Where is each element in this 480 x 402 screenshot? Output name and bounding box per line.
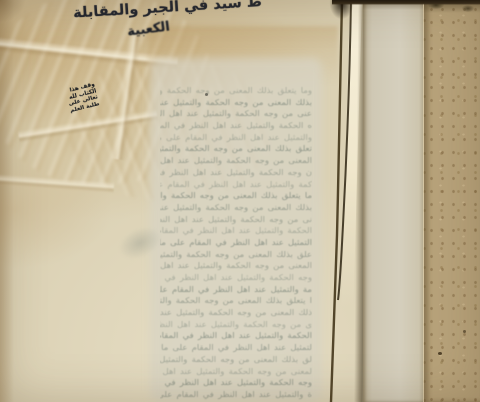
showthrough-line: تعلق بذلك المعنى من وجه الحكمة والتمثيل … [160, 145, 312, 156]
showthrough-column: وما يتعلق بذلك المعنى من وجه الحكمة والت… [160, 86, 312, 402]
showthrough-line: المعنى من وجه الحكمة والتمثيل عند اهل ال… [160, 157, 312, 168]
background-strip [332, 0, 480, 5]
showthrough-line: ذلك المعنى من وجه الحكمة والتمثيل عند اه… [160, 308, 312, 319]
showthrough-line: الحكمة والتمثيل عند اهل النظر في المقام … [160, 332, 312, 343]
showthrough-line: مة والتمثيل عند اهل النظر في المقام على … [160, 285, 312, 296]
showthrough-line: كمة والتمثيل عند اهل النظر في المقام على… [160, 180, 312, 191]
fore-edge [423, 0, 480, 402]
showthrough-line: التمثيل عند اهل النظر في المقام على ما ذ… [160, 238, 312, 249]
showthrough-line: والتمثيل عند اهل النظر في المقام على ما … [160, 133, 312, 144]
showthrough-line: ة والتمثيل عند اهل النظر في المقام على م… [160, 390, 312, 401]
showthrough-line: الحكمة والتمثيل عند اهل النظر في المقام … [160, 227, 312, 238]
showthrough-line: وجه الحكمة والتمثيل عند اهل النظر في الم… [160, 379, 312, 390]
ink-speck [463, 330, 466, 333]
dark-blot [462, 5, 474, 12]
showthrough-line: لق بذلك المعنى من وجه الحكمة والتمثيل عن… [160, 355, 312, 366]
corner-shadow [0, 0, 34, 30]
ink-speck [205, 93, 208, 96]
showthrough-line: عنى من وجه الحكمة والتمثيل عند اهل النظر… [160, 110, 312, 121]
showthrough-line: ما يتعلق بذلك المعنى من وجه الحكمة والتم… [160, 192, 312, 203]
ink-speck [438, 352, 442, 355]
left-page: وما يتعلق بذلك المعنى من وجه الحكمة والت… [0, 0, 364, 402]
showthrough-line: بذلك المعنى من وجه الحكمة والتمثيل عند ا… [160, 98, 312, 109]
second-leaf [363, 0, 424, 402]
showthrough-line: المعنى من وجه الحكمة والتمثيل عند اهل ال… [160, 262, 312, 273]
manuscript-photo: وما يتعلق بذلك المعنى من وجه الحكمة والت… [0, 0, 480, 402]
showthrough-line: بذلك المعنى من وجه الحكمة والتمثيل عند ا… [160, 203, 312, 214]
showthrough-line: نى من وجه الحكمة والتمثيل عند اهل النظر … [160, 215, 312, 226]
showthrough-line: ى من وجه الحكمة والتمثيل عند اهل النظر ف… [160, 320, 312, 331]
showthrough-line: لمعنى من وجه الحكمة والتمثيل عند اهل الن… [160, 367, 312, 378]
showthrough-line: لتمثيل عند اهل النظر في المقام على ما ذك… [160, 344, 312, 355]
showthrough-line: علق بذلك المعنى من وجه الحكمة والتمثيل ع… [160, 250, 312, 261]
showthrough-line: وجه الحكمة والتمثيل عند اهل النظر في الم… [160, 273, 312, 284]
showthrough-line: ن وجه الحكمة والتمثيل عند اهل النظر في ا… [160, 168, 312, 179]
showthrough-line: ه الحكمة والتمثيل عند اهل النظر في المقا… [160, 121, 312, 132]
showthrough-line: ا يتعلق بذلك المعنى من وجه الحكمة والتمث… [160, 297, 312, 308]
showthrough-line: وما يتعلق بذلك المعنى من وجه الحكمة والت… [160, 86, 312, 97]
